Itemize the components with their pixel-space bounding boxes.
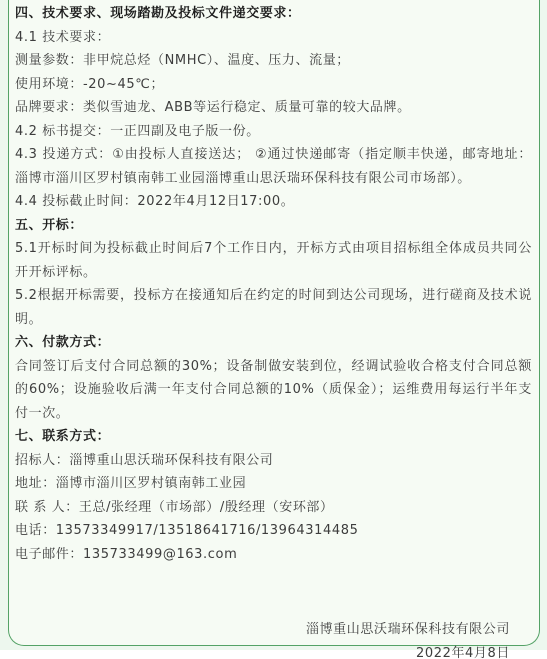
heading-section-7: 七、联系方式： — [15, 425, 532, 449]
line-measurement-params: 测量参数：非甲烷总烃（NMHC）、温度、压力、流量； — [15, 49, 532, 73]
line-5-1-bid-opening: 5.1开标时间为投标截止时间后7个工作日内，开标方式由项目招标组全体成员共同公开… — [15, 237, 532, 284]
heading-section-4: 四、技术要求、现场踏勘及投标文件递交要求： — [15, 2, 532, 26]
line-4-2-bid-submission: 4.2 标书提交：一正四副及电子版一份。 — [15, 120, 532, 144]
line-5-2-negotiation: 5.2根据开标需要，投标方在接通知后在约定的时间到达公司现场，进行磋商及技术说明… — [15, 284, 532, 331]
line-4-3-delivery-method: 4.3 投递方式：①由投标人直接送达； ②通过快递邮寄（指定顺丰快递，邮寄地址：… — [15, 143, 532, 190]
heading-section-6: 六、付款方式： — [15, 331, 532, 355]
heading-section-5: 五、开标： — [15, 214, 532, 238]
line-email: 电子邮件：135733499@163.com — [15, 543, 532, 567]
line-tenderee: 招标人：淄博重山思沃瑞环保科技有限公司 — [15, 449, 532, 473]
line-address: 地址：淄博市淄川区罗村镇南韩工业园 — [15, 472, 532, 496]
line-operating-environment: 使用环境：-20~45℃； — [15, 73, 532, 97]
document-card: 四、技术要求、现场踏勘及投标文件递交要求： 4.1 技术要求： 测量参数：非甲烷… — [8, 0, 540, 646]
line-contacts: 联 系 人：王总/张经理（市场部）/殷经理（安环部） — [15, 496, 532, 520]
signature-company: 淄博重山思沃瑞环保科技有限公司 — [15, 618, 510, 642]
line-phone: 电话：13573349917/13518641716/13964314485 — [15, 519, 532, 543]
line-brand-requirements: 品牌要求：类似雪迪龙、ABB等运行稳定、质量可靠的较大品牌。 — [15, 96, 532, 120]
document-content: 四、技术要求、现场踏勘及投标文件递交要求： 4.1 技术要求： 测量参数：非甲烷… — [9, 0, 539, 659]
signature-block: 淄博重山思沃瑞环保科技有限公司 2022年4月8日 — [15, 618, 532, 659]
line-4-4-bid-deadline: 4.4 投标截止时间：2022年4月12日17:00。 — [15, 190, 532, 214]
line-payment-terms: 合同签订后支付合同总额的30%；设备制做安装到位，经调试验收合格支付合同总额的6… — [15, 355, 532, 426]
line-4-1-tech-requirements: 4.1 技术要求： — [15, 26, 532, 50]
signature-date: 2022年4月8日 — [15, 642, 510, 659]
